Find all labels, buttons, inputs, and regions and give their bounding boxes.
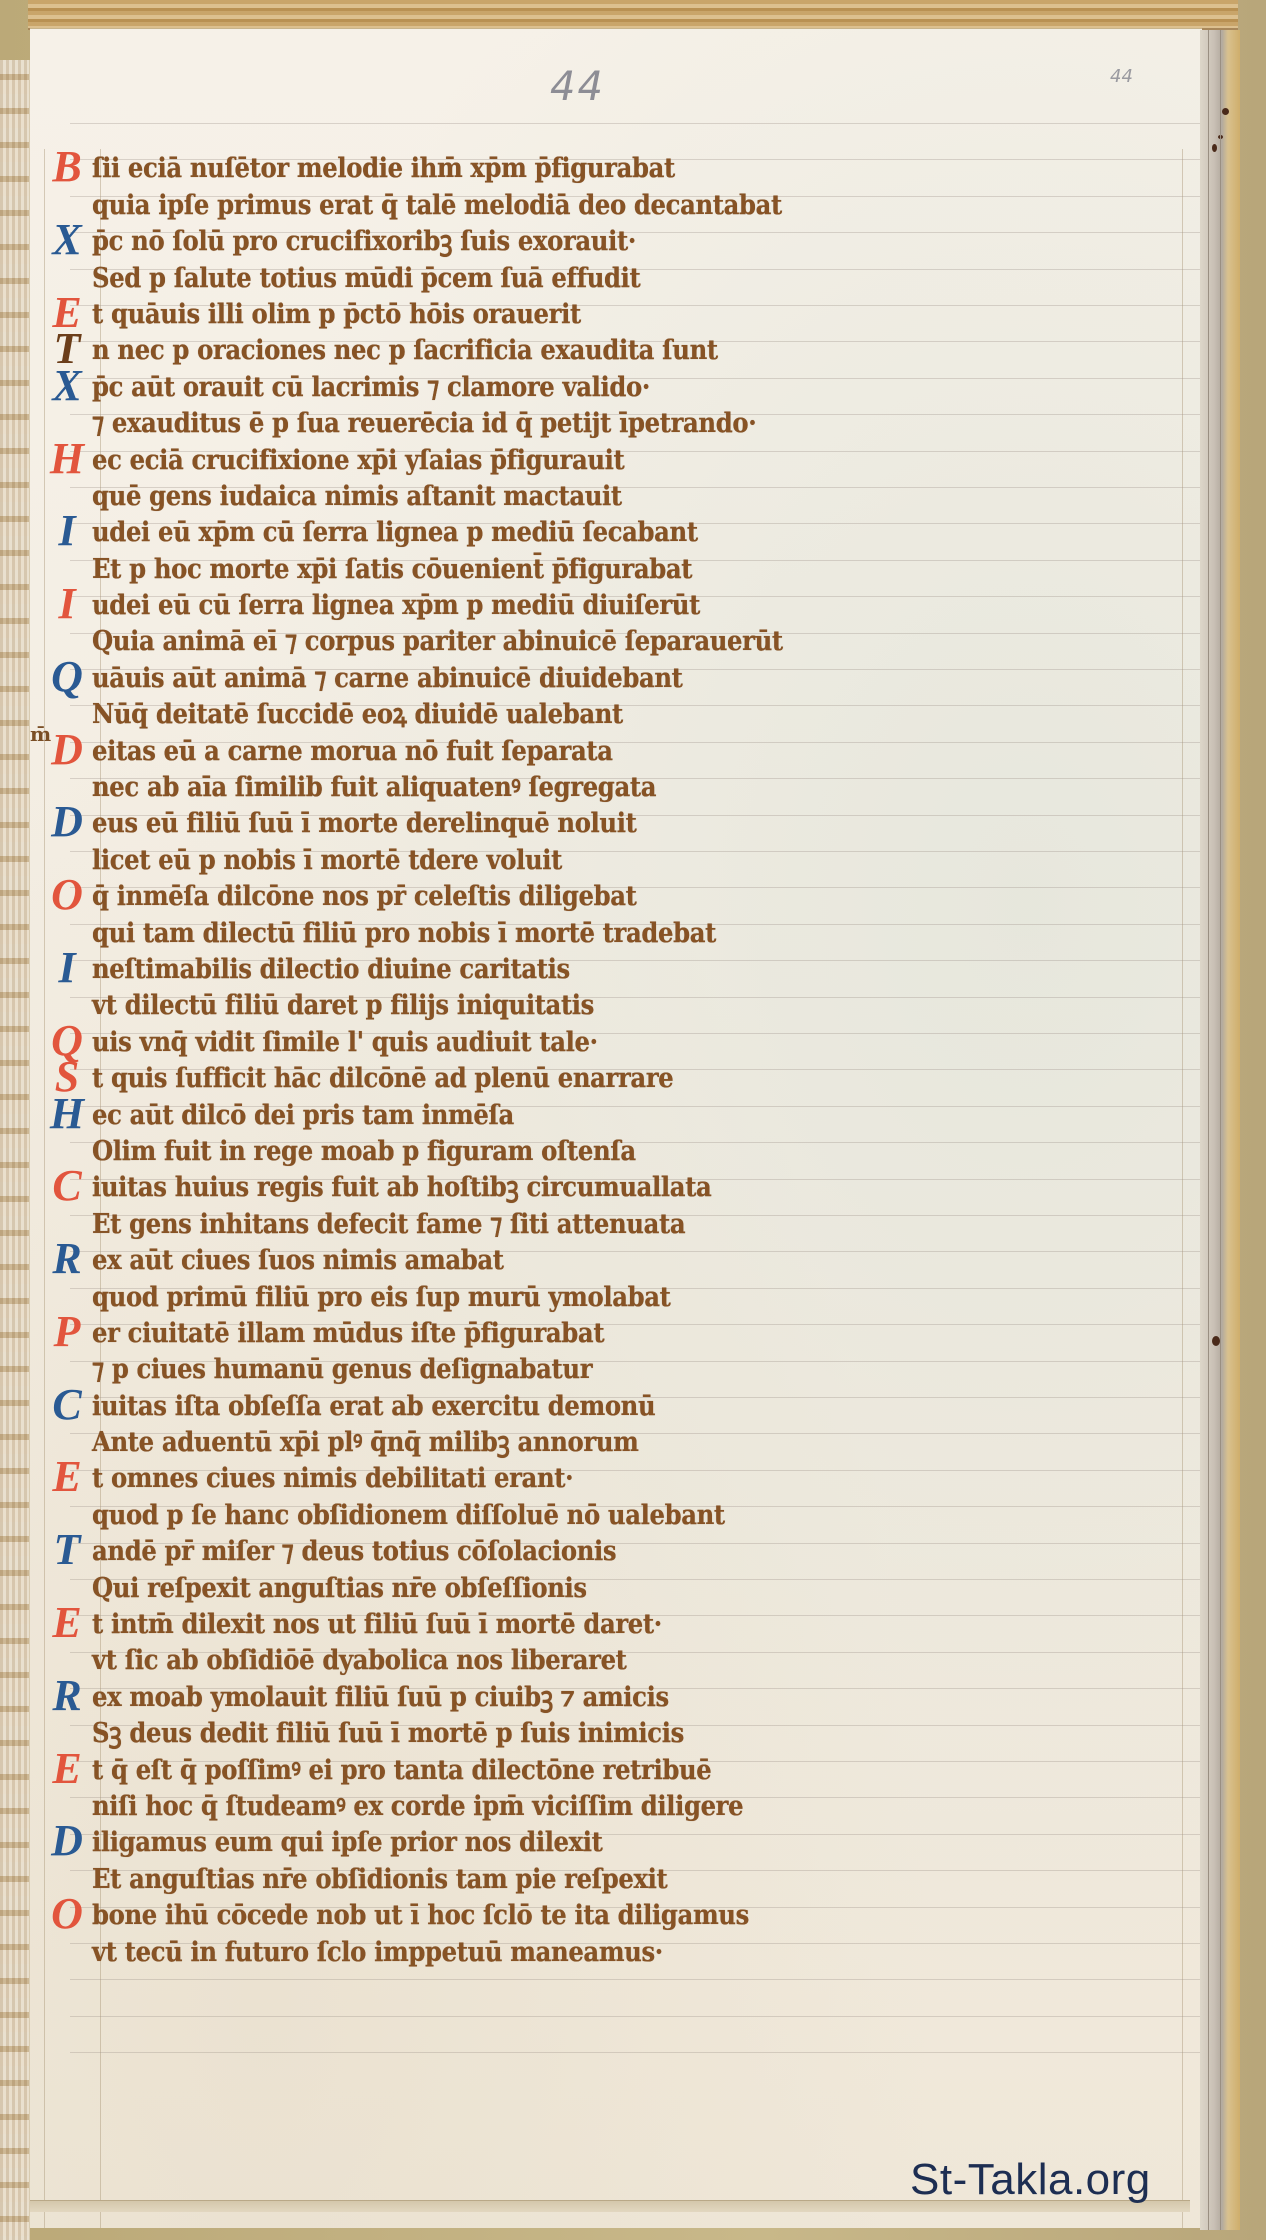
manuscript-line: vt dilectū filiū daret p filijs iniquita… [44,987,1004,1023]
manuscript-line: Qui reſpexit anguſtias nr̄e obſeſſionis [44,1569,1004,1605]
ruling-line [1182,149,1183,2228]
manuscript-line: qui tam dilectū filiū pro nobis ī mortē … [44,914,1004,950]
rubricated-initial: I [44,512,90,550]
rubricated-initial: H [44,1095,90,1133]
ink-spot [1218,135,1223,139]
rubricated-initial: O [44,876,90,914]
manuscript-line: Et quāuis illi olim p p̄ctō hōis oraueri… [44,296,1004,332]
manuscript-line: Olim fuit in rege moab p figuram oſtenſa [44,1133,1004,1169]
line-text: neſtimabilis dilectio diuine caritatis [92,953,570,987]
manuscript-line: Ciuitas iſta obſeſſa erat ab exercitu de… [44,1387,1004,1423]
rubricated-initial: H [44,440,90,478]
line-text: Et gens inhitans defecit fame ⁊ ſiti att… [92,1208,685,1242]
rubricated-initial: P [44,1313,90,1351]
manuscript-line: Et q̄ eſt q̄ poſſimꝰ ei pro tanta dilect… [44,1751,1004,1787]
manuscript-line: Et omnes ciues nimis debilitati erant· [44,1460,1004,1496]
line-text: q̄ inmēſa dilcōne nos pr̄ celeſtis dilig… [92,880,636,914]
line-text: iligamus eum qui ipſe prior nos dilexit [92,1826,603,1860]
line-text: Ante aduentū xp̄i plꝰ q̄nq̄ milibꝫ annor… [92,1426,638,1460]
line-text: Et p hoc morte xp̄i ſatis cōuenient̄ p̄f… [92,553,692,587]
line-text: ex moab ymolauit filiū ſuū p ciuibꝫ ⁊ am… [92,1681,669,1715]
line-text: udei eū xp̄m cū ſerra lignea p mediū ſec… [92,516,698,550]
rubricated-initial: B [44,148,90,186]
line-text: ec eciā crucifixione xp̄i yſaias p̄figur… [92,444,624,478]
manuscript-line: nec ab aīa ſimilib fuit aliquatenꝰ ſegre… [44,769,1004,805]
line-text: Et anguſtias nr̄e obſidionis tam pie reſ… [92,1863,667,1897]
manuscript-line: Et intm̄ dilexit nos ut filiū ſuū ī mort… [44,1606,1004,1642]
facing-page-text [0,60,30,2240]
manuscript-line: Iudei eū cū ſerra lignea xp̄m p mediū di… [44,587,1004,623]
manuscript-line: ⁊ exauditus ē p ſua reuerēcia id q̄ peti… [44,405,1004,441]
rubricated-initial: E [44,1458,90,1496]
line-text: quē gens iudaica nimis aſtanit mactauit [92,480,622,514]
manuscript-line: Quia animā eī ⁊ corpus pariter abinuicē … [44,623,1004,659]
rubricated-initial: R [44,1240,90,1278]
folio-number-corner: 44 [1110,66,1133,87]
rubricated-initial: R [44,1677,90,1715]
manuscript-line: Deitas eū a carne morua nō fuit ſeparata [44,732,1004,768]
manuscript-line: Ciuitas huius regis fuit ab hoſtibꝫ circ… [44,1169,1004,1205]
line-text: vt dilectū filiū daret p filijs iniquita… [92,989,594,1023]
manuscript-line: quē gens iudaica nimis aſtanit mactauit [44,478,1004,514]
rubricated-initial: E [44,1604,90,1642]
line-text: licet eū p nobis ī mortē tdere voluit [92,844,562,878]
watermark: St-Takla.org [910,2155,1151,2205]
manuscript-line: Sed p ſalute totius mūdi p̄cem ſuā effud… [44,259,1004,295]
manuscript-line: Diligamus eum qui ipſe prior nos dilexit [44,1824,1004,1860]
line-text: ſii eciā nuſētor melodie ihm̄ xp̄m p̄fig… [92,152,675,186]
line-text: t omnes ciues nimis debilitati erant· [92,1462,573,1496]
rubricated-initial: I [44,949,90,987]
rubricated-initial: E [44,1750,90,1788]
line-text: t q̄ eſt q̄ poſſimꝰ ei pro tanta dilectō… [92,1754,711,1788]
ruling-line [70,2052,1220,2053]
ink-spot [1222,108,1229,115]
manuscript-line: Et gens inhitans defecit fame ⁊ ſiti att… [44,1205,1004,1241]
folio-number: 44 [550,64,605,110]
line-text: Sꝫ deus dedit filiū ſuū ī mortē p ſuis i… [92,1717,684,1751]
rubricated-initial: X [44,221,90,259]
ruling-line [70,2016,1220,2017]
line-text: quia ipſe primus erat q̄ talē melodiā de… [92,189,782,223]
line-text: uis vnq̄ vidit ſimile l' quis audiuit ta… [92,1026,598,1060]
right-page-edge [1200,30,1240,2230]
manuscript-line: Per ciuitatē illam mūdus iſte p̄figuraba… [44,1315,1004,1351]
ink-spot [1212,1336,1220,1346]
rubricated-initial: D [44,1822,90,1860]
line-text: p̄c aūt orauit cū lacrimis ⁊ clamore val… [92,371,650,405]
ruling-line [70,123,1220,124]
line-text: ec aūt dilcō dei pris tam inmēſa [92,1099,514,1133]
line-text: andē pr̄ miſer ⁊ deus totius cōſolacioni… [92,1535,616,1569]
line-text: ⁊ p ciues humanū genus deſignabatur [92,1353,592,1387]
line-text: uāuis aūt animā ⁊ carne abinuicē diuideb… [92,662,683,696]
manuscript-line: Ineſtimabilis dilectio diuine caritatis [44,951,1004,987]
rubricated-initial: D [44,803,90,841]
manuscript-line: quod p ſe hanc obſidionem diſſoluē nō ua… [44,1496,1004,1532]
line-text: t quis ſufficit hāc dilcōnē ad plenū ena… [92,1062,673,1096]
ink-spot [1212,144,1217,152]
manuscript-line: Obone ihū cōcede nob ut ī hoc ſclō te it… [44,1897,1004,1933]
line-text: Sed p ſalute totius mūdi p̄cem ſuā effud… [92,262,640,296]
rubricated-initial: O [44,1895,90,1933]
manuscript-line: Tn nec p oraciones nec p ſacrificia exau… [44,332,1004,368]
manuscript-line: vt tecū in futuro ſclo imppetuū maneamus… [44,1933,1004,1969]
manuscript-line: Rex moab ymolauit filiū ſuū p ciuibꝫ ⁊ a… [44,1678,1004,1714]
line-text: udei eū cū ſerra lignea xp̄m p mediū diu… [92,589,700,623]
manuscript-line: Rex aūt ciues ſuos nimis amabat [44,1242,1004,1278]
line-text: vt ſic ab obſidiōē dyabolica nos liberar… [92,1644,627,1678]
manuscript-line: ⁊ p ciues humanū genus deſignabatur [44,1351,1004,1387]
manuscript-line: Sꝫ deus dedit filiū ſuū ī mortē p ſuis i… [44,1715,1004,1751]
manuscript-line: Ante aduentū xp̄i plꝰ q̄nq̄ milibꝫ annor… [44,1424,1004,1460]
manuscript-line: Quāuis aūt animā ⁊ carne abinuicē diuide… [44,659,1004,695]
line-text: bone ihū cōcede nob ut ī hoc ſclō te ita… [92,1899,749,1933]
manuscript-line: Iudei eū xp̄m cū ſerra lignea p mediū ſe… [44,514,1004,550]
manuscript-line: Bſii eciā nuſētor melodie ihm̄ xp̄m p̄fi… [44,150,1004,186]
line-text: ⁊ exauditus ē p ſua reuerēcia id q̄ peti… [92,407,756,441]
line-text: ex aūt ciues ſuos nimis amabat [92,1244,504,1278]
rubricated-initial: I [44,585,90,623]
rubricated-initial: X [44,367,90,405]
manuscript-line: quia ipſe primus erat q̄ talē melodiā de… [44,186,1004,222]
line-text: t intm̄ dilexit nos ut filiū ſuū ī mortē… [92,1608,662,1642]
line-text: niſi hoc q̄ ſtudeamꝰ ex corde ipm̄ viciſ… [92,1790,743,1824]
line-text: qui tam dilectū filiū pro nobis ī mortē … [92,917,716,951]
rubricated-initial: D [44,731,90,769]
manuscript-line: niſi hoc q̄ ſtudeamꝰ ex corde ipm̄ viciſ… [44,1788,1004,1824]
rubricated-initial: C [44,1386,90,1424]
line-text: Qui reſpexit anguſtias nr̄e obſeſſionis [92,1572,587,1606]
line-text: eitas eū a carne morua nō fuit ſeparata [92,735,613,769]
manuscript-line: Nūq̄ deitatē ſuccidē eoꝝ diuidē ualebant [44,696,1004,732]
manuscript-line: Hec aūt dilcō dei pris tam inmēſa [44,1096,1004,1132]
manuscript-line: Xp̄c nō ſolū pro crucifixoribꝫ ſuis exor… [44,223,1004,259]
line-text: vt tecū in futuro ſclo imppetuū maneamus… [92,1936,663,1970]
line-text: n nec p oraciones nec p ſacrificia exaud… [92,334,718,368]
line-text: quod p ſe hanc obſidionem diſſoluē nō ua… [92,1499,725,1533]
line-text: iuitas huius regis fuit ab hoſtibꝫ circu… [92,1171,711,1205]
line-text: eus eū filiū ſuū ī morte derelinquē nolu… [92,807,636,841]
line-text: er ciuitatē illam mūdus iſte p̄figurabat [92,1317,604,1351]
ruling-line [70,1979,1220,1980]
line-text: Olim fuit in rege moab p figuram oſtenſa [92,1135,636,1169]
manuscript-line: St quis ſufficit hāc dilcōnē ad plenū en… [44,1060,1004,1096]
manuscript-line: Et p hoc morte xp̄i ſatis cōuenient̄ p̄f… [44,550,1004,586]
manuscript-line: vt ſic ab obſidiōē dyabolica nos liberar… [44,1642,1004,1678]
manuscript-line: licet eū p nobis ī mortē tdere voluit [44,841,1004,877]
rubricated-initial: Q [44,658,90,696]
manuscript-line: Tandē pr̄ miſer ⁊ deus totius cōſolacion… [44,1533,1004,1569]
rubricated-initial: C [44,1167,90,1205]
line-text: iuitas iſta obſeſſa erat ab exercitu dem… [92,1390,655,1424]
line-text: quod primū filiū pro eis ſup murū ymolab… [92,1281,670,1315]
manuscript-text-block: Bſii eciā nuſētor melodie ihm̄ xp̄m p̄fi… [44,150,1004,1970]
manuscript-line: Hec eciā crucifixione xp̄i yſaias p̄figu… [44,441,1004,477]
line-text: t quāuis illi olim p p̄ctō hōis orauerit [92,298,581,332]
top-binding-edge [28,0,1238,30]
manuscript-line: Oq̄ inmēſa dilcōne nos pr̄ celeſtis dili… [44,878,1004,914]
manuscript-line: Et anguſtias nr̄e obſidionis tam pie reſ… [44,1860,1004,1896]
line-text: Quia animā eī ⁊ corpus pariter abinuicē … [92,625,783,659]
manuscript-line: Quis vnq̄ vidit ſimile l' quis audiuit t… [44,1023,1004,1059]
manuscript-line: quod primū filiū pro eis ſup murū ymolab… [44,1278,1004,1314]
manuscript-line: Deus eū filiū ſuū ī morte derelinquē nol… [44,805,1004,841]
manuscript-line: Xp̄c aūt orauit cū lacrimis ⁊ clamore va… [44,368,1004,404]
line-text: nec ab aīa ſimilib fuit aliquatenꝰ ſegre… [92,771,656,805]
line-text: Nūq̄ deitatē ſuccidē eoꝝ diuidē ualebant [92,698,623,732]
rubricated-initial: T [44,1531,90,1569]
line-text: p̄c nō ſolū pro crucifixoribꝫ ſuis exora… [92,225,636,259]
